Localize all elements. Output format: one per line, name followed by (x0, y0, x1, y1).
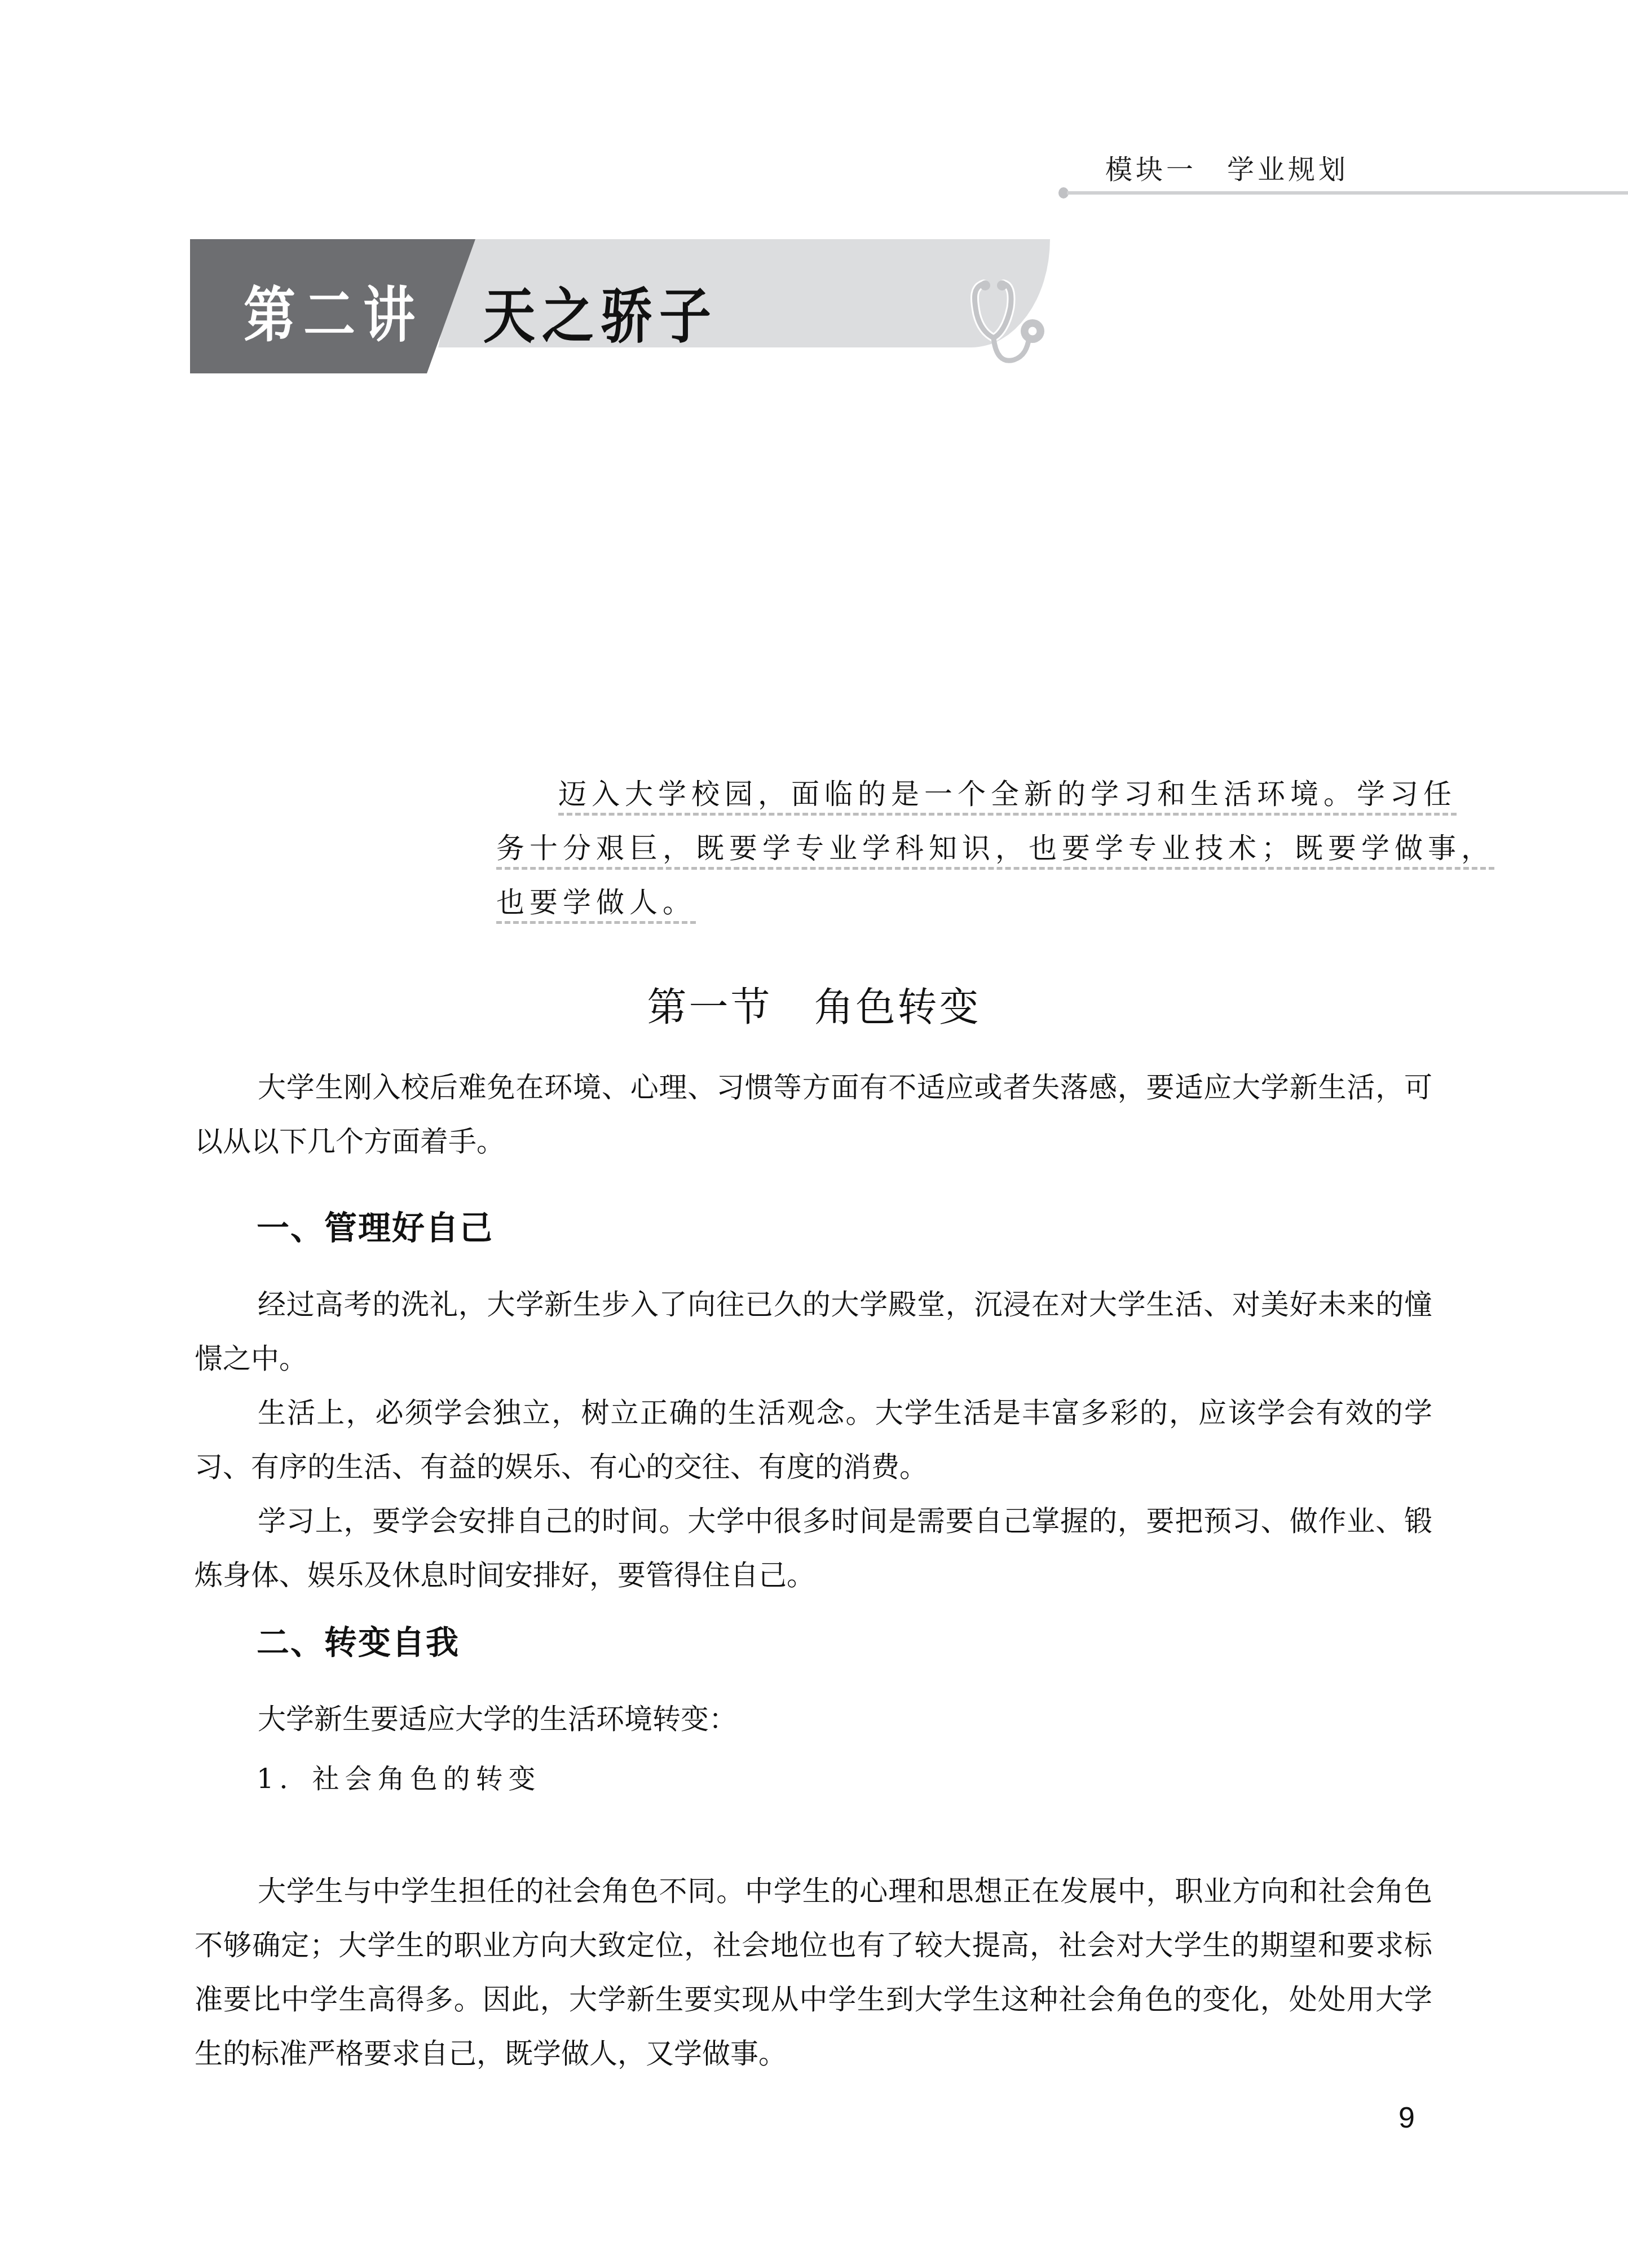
intro-line: 也要学做人。 (496, 875, 1432, 930)
stethoscope-icon (960, 270, 1061, 372)
subsection-heading: 二、转变自我 (257, 1616, 460, 1663)
paragraph: 生活上，必须学会独立，树立正确的生活观念。大学生活是丰富多彩的，应该学会有效的学… (195, 1386, 1432, 1494)
paragraph: 大学新生要适应大学的生活环境转变： (195, 1692, 1432, 1746)
chapter-title: 天之骄子 (483, 268, 718, 354)
subsection-heading: 一、管理好自己 (257, 1201, 493, 1249)
header-rule (1067, 191, 1628, 195)
paragraph: 大学生与中学生担任的社会角色不同。中学生的心理和思想正在发展中，职业方向和社会角… (195, 1864, 1432, 2081)
section-lead: 大学生刚入校后难免在环境、心理、习惯等方面有不适应或者失落感，要适应大学新生活，… (195, 1060, 1432, 1169)
chapter-intro: 迈入大学校园，面临的是一个全新的学习和生活环境。学习任 务十分艰巨，既要学专业学… (496, 767, 1432, 930)
chapter-banner: 第二讲 天之骄子 (190, 239, 1047, 375)
paragraph: 经过高考的洗礼，大学新生步入了向往已久的大学殿堂，沉浸在对大学生活、对美好未来的… (195, 1278, 1432, 1386)
item-body: 大学生与中学生担任的社会角色不同。中学生的心理和思想正在发展中，职业方向和社会角… (195, 1864, 1432, 2081)
section-title: 第一节 角色转变 (0, 976, 1628, 1033)
paragraph: 大学生刚入校后难免在环境、心理、习惯等方面有不适应或者失落感，要适应大学新生活，… (195, 1060, 1432, 1169)
page-number: 9 (1398, 2101, 1415, 2135)
running-header: 模块一 学业规划 (1105, 148, 1349, 187)
intro-line: 迈入大学校园，面临的是一个全新的学习和生活环境。学习任 (496, 767, 1432, 821)
chapter-number: 第二讲 (244, 267, 423, 353)
banner-dark-panel: 第二讲 (190, 239, 475, 373)
intro-line: 务十分艰巨，既要学专业学科知识，也要学专业技术；既要学做事， (496, 821, 1432, 875)
item-title: 1．社会角色的转变 (257, 1757, 541, 1796)
subsection-intro: 大学新生要适应大学的生活环境转变： (195, 1692, 1432, 1746)
subsection-body: 经过高考的洗礼，大学新生步入了向往已久的大学殿堂，沉浸在对大学生活、对美好未来的… (195, 1278, 1432, 1602)
paragraph: 学习上，要学会安排自己的时间。大学中很多时间是需要自己掌握的，要把预习、做作业、… (195, 1494, 1432, 1602)
